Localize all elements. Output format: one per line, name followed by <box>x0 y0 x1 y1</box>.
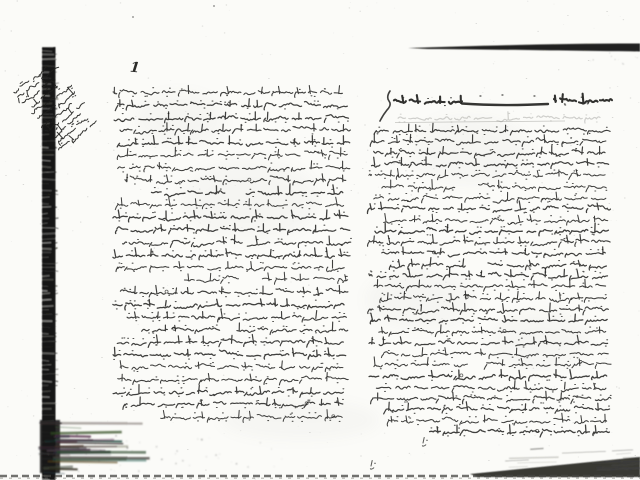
left-page-margin-gloss <box>10 59 101 154</box>
faint-subheading-line <box>395 112 600 123</box>
basmala-heading <box>380 91 612 121</box>
manuscript-photocopy: 1 <box>0 0 640 480</box>
paper-tone-blotches <box>135 92 590 440</box>
binding-shadow-band <box>42 47 59 480</box>
bottom-right-scan-wedge <box>470 448 640 477</box>
pencil-page-number: 1 <box>129 60 140 77</box>
manuscript-artwork <box>0 0 640 480</box>
top-right-page-edge-streak <box>408 44 640 65</box>
bottom-scan-line <box>0 476 640 478</box>
stray-marks <box>132 5 427 469</box>
